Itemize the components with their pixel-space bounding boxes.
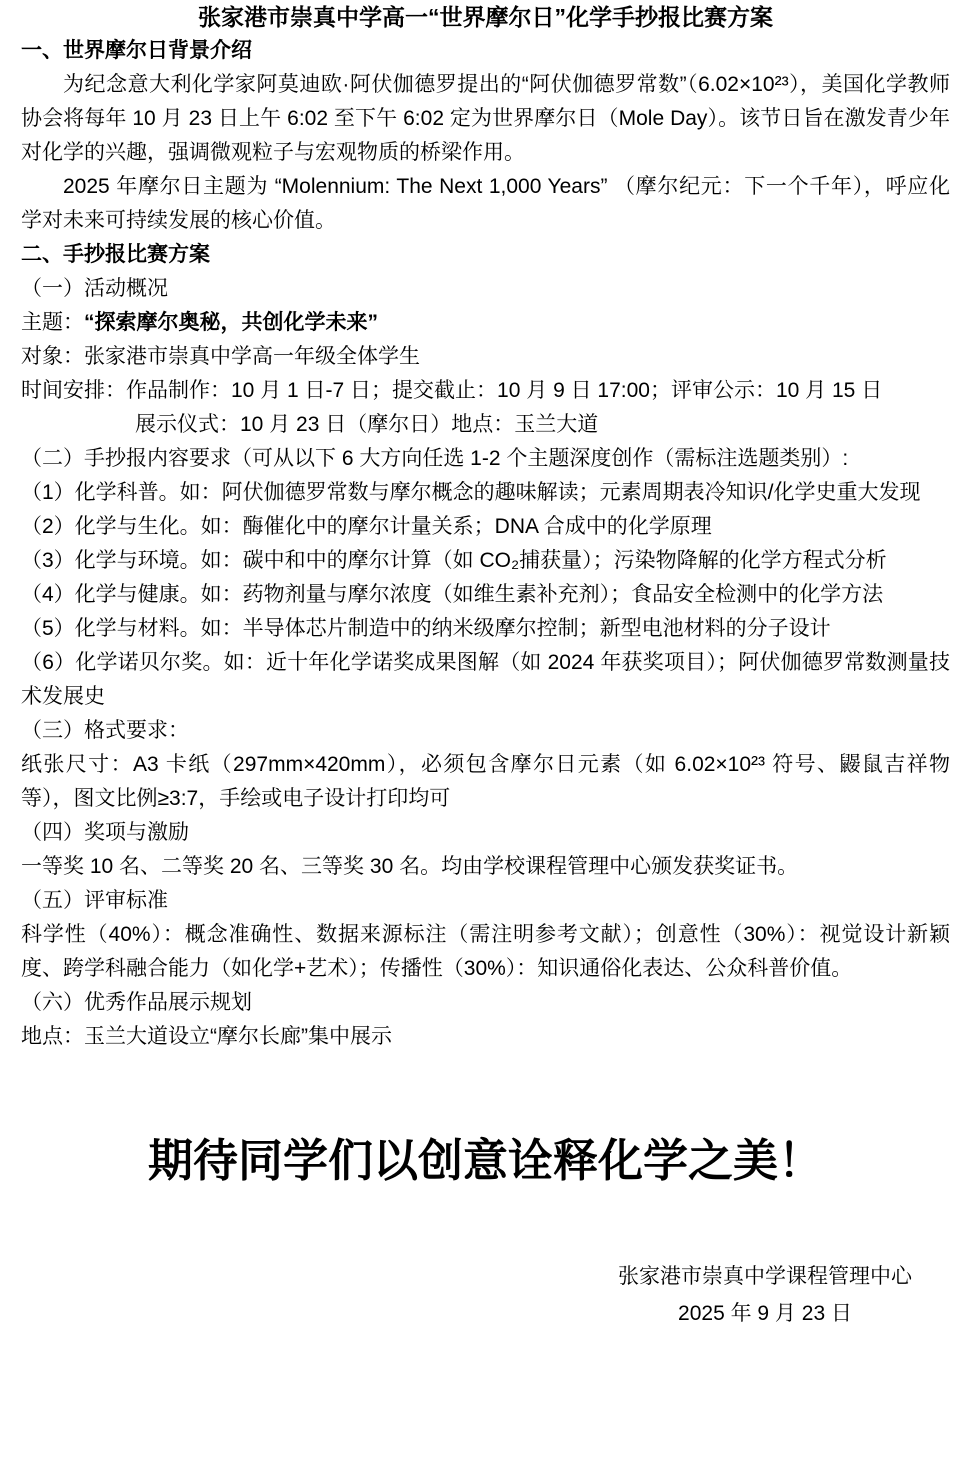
content-item-6: （6）化学诺贝尔奖。如：近十年化学诺奖成果图解（如 2024 年获奖项目）；阿伏… xyxy=(21,646,950,714)
criteria-body: 科学性（40%）：概念准确性、数据来源标注（需注明参考文献）；创意性（30%）：… xyxy=(21,918,950,986)
section1-paragraph-background: 为纪念意大利化学家阿莫迪欧·阿伏伽德罗提出的“阿伏伽德罗常数”（6.02×10²… xyxy=(21,68,950,170)
overview-heading: （一）活动概况 xyxy=(21,272,950,306)
criteria-heading: （五）评审标准 xyxy=(21,884,950,918)
theme-line: 主题：“探索摩尔奥秘，共创化学未来” xyxy=(21,306,950,340)
signature-organization: 张家港市崇真中学课程管理中心 xyxy=(618,1258,912,1295)
content-item-2: （2）化学与生化。如：酶催化中的摩尔计量关系；DNA 合成中的化学原理 xyxy=(21,510,950,544)
format-requirements-body: 纸张尺寸：A3 卡纸（297mm×420mm），必须包含摩尔日元素（如 6.02… xyxy=(21,748,950,816)
exhibition-body: 地点：玉兰大道设立“摩尔长廊”集中展示 xyxy=(21,1020,950,1054)
audience-line: 对象：张家港市崇真中学高一年级全体学生 xyxy=(21,340,950,374)
section1-paragraph-theme2025: 2025 年摩尔日主题为 “Molennium: The Next 1,000 … xyxy=(21,170,950,238)
theme-value: “探索摩尔奥秘，共创化学未来” xyxy=(84,311,378,334)
theme-label: 主题： xyxy=(21,311,84,334)
schedule-line-2: 展示仪式：10 月 23 日（摩尔日）地点：玉兰大道 xyxy=(21,408,950,442)
awards-heading: （四）奖项与激励 xyxy=(21,816,950,850)
signature-date: 2025 年 9 月 23 日 xyxy=(618,1295,912,1332)
content-item-3: （3）化学与环境。如：碳中和中的摩尔计算（如 CO₂捕获量）；污染物降解的化学方… xyxy=(21,544,950,578)
content-requirements-heading: （二）手抄报内容要求（可从以下 6 大方向任选 1-2 个主题深度创作（需标注选… xyxy=(21,442,950,476)
exhibition-heading: （六）优秀作品展示规划 xyxy=(21,986,950,1020)
document-title: 张家港市崇真中学高一“世界摩尔日”化学手抄报比赛方案 xyxy=(21,0,950,34)
content-item-1: （1）化学科普。如：阿伏伽德罗常数与摩尔概念的趣味解读；元素周期表冷知识/化学史… xyxy=(21,476,950,510)
vertical-spacer xyxy=(21,1189,950,1258)
content-item-4: （4）化学与健康。如：药物剂量与摩尔浓度（如维生素补充剂）；食品安全检测中的化学… xyxy=(21,578,950,612)
schedule-line-1: 时间安排：作品制作：10 月 1 日-7 日；提交截止：10 月 9 日 17:… xyxy=(21,374,950,408)
vertical-spacer xyxy=(21,1054,950,1133)
signature-block: 张家港市崇真中学课程管理中心 2025 年 9 月 23 日 xyxy=(618,1258,912,1332)
closing-statement: 期待同学们以创意诠释化学之美！ xyxy=(21,1133,950,1189)
awards-body: 一等奖 10 名、二等奖 20 名、三等奖 30 名。均由学校课程管理中心颁发获… xyxy=(21,850,950,884)
section2-heading: 二、手抄报比赛方案 xyxy=(21,238,950,272)
section1-heading: 一、世界摩尔日背景介绍 xyxy=(21,34,950,68)
format-requirements-heading: （三）格式要求： xyxy=(21,714,950,748)
document-page: 张家港市崇真中学高一“世界摩尔日”化学手抄报比赛方案 一、世界摩尔日背景介绍 为… xyxy=(0,0,971,1481)
content-item-5: （5）化学与材料。如：半导体芯片制造中的纳米级摩尔控制；新型电池材料的分子设计 xyxy=(21,612,950,646)
